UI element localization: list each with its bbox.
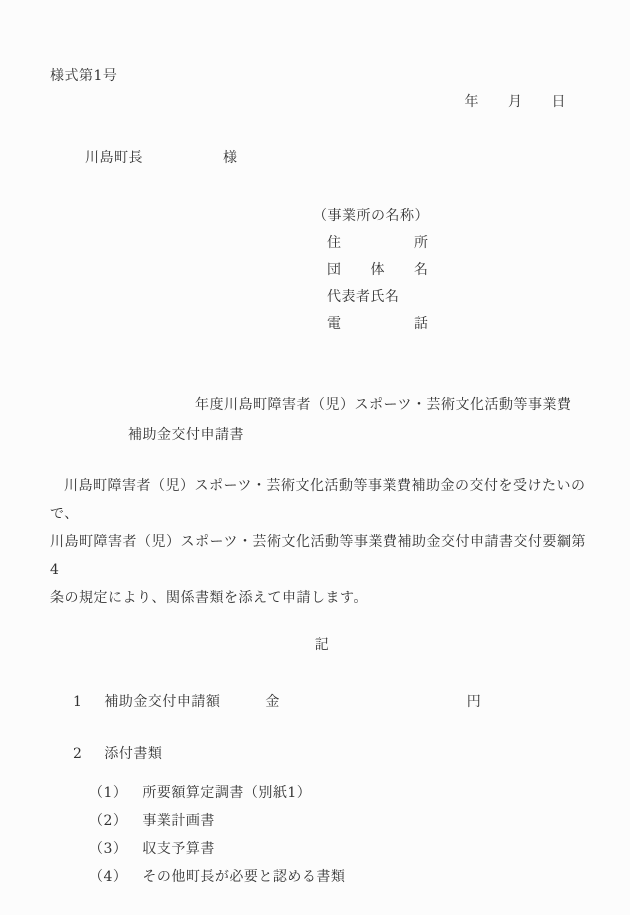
field-organization-label: 団 体 名 (327, 262, 429, 278)
attachment-item-1-marker: （1） (89, 785, 127, 801)
attachment-item-2-text: 事業計画書 (142, 813, 215, 829)
attachment-item-4-text: その他町長が必要と認める書類 (142, 869, 345, 885)
body-paragraph-line1: 川島町障害者（児）スポーツ・芸術文化活動等事業費補助金の交付を受けたいので、 (50, 472, 594, 528)
attachments-list: （1） 所要額算定調書（別紙1） （2） 事業計画書 （3） 収支予算書 （4）… (50, 779, 594, 891)
body-paragraph: 川島町障害者（児）スポーツ・芸術文化活動等事業費補助金の交付を受けたいので、 川… (50, 472, 594, 612)
amount-currency-unit: 円 (467, 694, 482, 710)
ki-heading: 記 (50, 631, 594, 659)
attachment-item-3: （3） 収支予算書 (50, 835, 594, 863)
field-address: 住 所 (327, 230, 594, 257)
applicant-info-block: （事業所の名称） 住 所 団 体 名 代表者氏名 電 話 (313, 203, 594, 338)
amount-item-number: 1 (73, 694, 82, 710)
amount-item-row: 1 補助金交付申請額 金 円 (50, 692, 594, 713)
addressee-name: 川島町長 (85, 150, 143, 166)
document-title: 年度川島町障害者（児）スポーツ・芸術文化活動等事業費 補助金交付申請書 (50, 390, 594, 450)
attachments-item-label: 添付書類 (104, 746, 162, 762)
date-line: 年 月 日 (50, 92, 566, 112)
amount-currency-prefix: 金 (265, 694, 280, 710)
body-paragraph-line3: 条の規定により、関係書類を添えて申請します。 (50, 584, 594, 612)
field-phone-label: 電 話 (327, 316, 429, 332)
attachment-item-4: （4） その他町長が必要と認める書類 (50, 863, 594, 891)
field-address-label: 住 所 (327, 235, 429, 251)
document-title-line1: 年度川島町障害者（児）スポーツ・芸術文化活動等事業費 (195, 390, 594, 420)
attachment-item-3-marker: （3） (89, 841, 127, 857)
amount-item-label: 補助金交付申請額 (104, 694, 220, 710)
attachment-item-3-text: 収支予算書 (142, 841, 215, 857)
field-representative-label: 代表者氏名 (327, 289, 400, 305)
attachments-heading: 2 添付書類 (50, 744, 594, 765)
attachment-item-2: （2） 事業計画書 (50, 807, 594, 835)
attachment-item-1-text: 所要額算定調書（別紙1） (142, 785, 311, 801)
addressee-line: 川島町長様 (85, 148, 594, 168)
field-representative: 代表者氏名 (327, 284, 594, 311)
attachment-item-4-marker: （4） (89, 869, 127, 885)
attachment-item-1: （1） 所要額算定調書（別紙1） (50, 779, 594, 807)
field-phone: 電 話 (327, 311, 594, 338)
addressee-honorific: 様 (223, 150, 238, 166)
attachments-item-number: 2 (73, 746, 82, 762)
form-number: 様式第1号 (50, 66, 594, 86)
office-name-label: （事業所の名称） (313, 203, 594, 230)
attachment-item-2-marker: （2） (89, 813, 127, 829)
attachments-section: 2 添付書類 （1） 所要額算定調書（別紙1） （2） 事業計画書 （3） 収支… (50, 744, 594, 891)
application-form-page: 様式第1号 年 月 日 川島町長様 （事業所の名称） 住 所 団 体 名 代表者… (0, 0, 630, 915)
field-organization: 団 体 名 (327, 257, 594, 284)
body-paragraph-line2: 川島町障害者（児）スポーツ・芸術文化活動等事業費補助金交付申請書交付要綱第4 (50, 528, 594, 584)
document-title-line2: 補助金交付申請書 (128, 420, 594, 450)
